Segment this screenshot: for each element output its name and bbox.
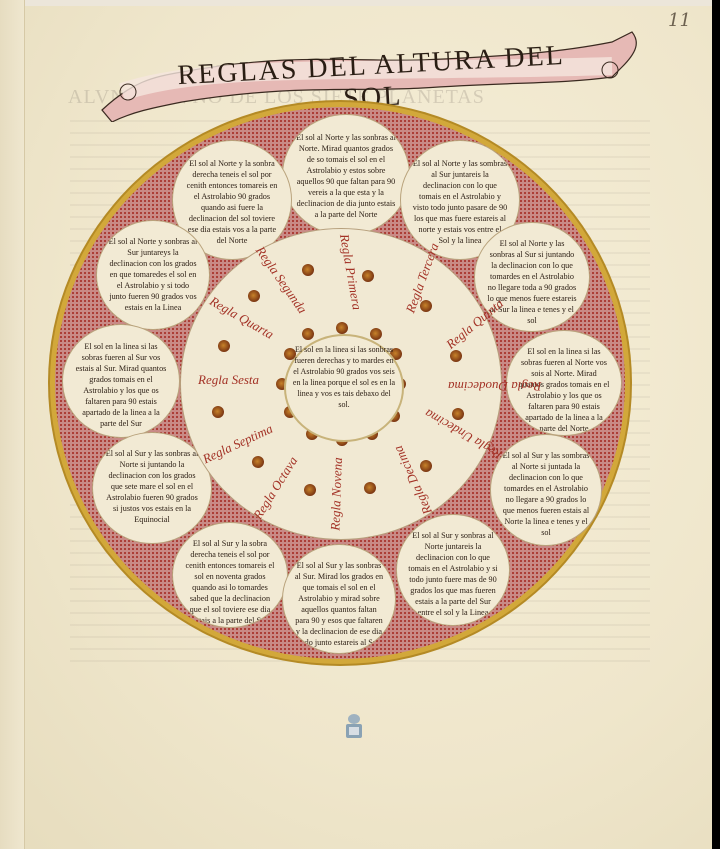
note-bottom-right: El sol al Sur y sonbras al Norte juntare… <box>396 514 510 626</box>
note-top: El sol al Norte y las sonbras al Norte. … <box>282 114 410 236</box>
sun-dot <box>420 300 432 312</box>
note-left: El sol en la linea si las sobras fueren … <box>62 324 180 438</box>
folio-number: 11 <box>668 10 691 31</box>
sun-dot <box>420 460 432 472</box>
manuscript-page: 11 ALVNA ES VNO DE LOS SIETE PLANETAS RE… <box>0 0 712 849</box>
sun-dot <box>304 484 316 496</box>
sun-dot <box>362 270 374 282</box>
rule-label-duodecima: Regla Duodecima <box>448 378 542 394</box>
note-right-lower: El sol al Sur y las sombras al Norte si … <box>490 434 602 546</box>
sun-dot <box>370 328 382 340</box>
title-banner: REGLAS DEL ALTURA DEL SOL <box>92 22 642 122</box>
sun-dot <box>450 350 462 362</box>
note-bottom: El sol al Sur y las sonbras al Sur. Mira… <box>282 544 396 654</box>
note-bottom-left: El sol al Sur y la sobra derecha teneis … <box>172 522 288 628</box>
center-text: El sol en la linea si las sonbras fueren… <box>292 344 396 410</box>
rule-label-sesta: Regla Sesta <box>198 372 259 388</box>
top-strip <box>0 0 712 6</box>
sun-dot <box>336 322 348 334</box>
sun-dot <box>452 408 464 420</box>
sun-dot <box>212 406 224 418</box>
center-circle: El sol en la linea si las sonbras fueren… <box>284 334 404 442</box>
sun-dot <box>248 290 260 302</box>
sun-dot <box>302 328 314 340</box>
sun-dot <box>364 482 376 494</box>
sun-dot <box>302 264 314 276</box>
library-stamp-icon <box>343 712 365 742</box>
rule-label-novena: Regla Novena <box>327 457 346 531</box>
binding-gutter <box>0 0 25 849</box>
note-left-upper: El sol al Norte y sonbras al Sur juntare… <box>96 220 210 330</box>
sun-dot <box>218 340 230 352</box>
sun-dot <box>252 456 264 468</box>
